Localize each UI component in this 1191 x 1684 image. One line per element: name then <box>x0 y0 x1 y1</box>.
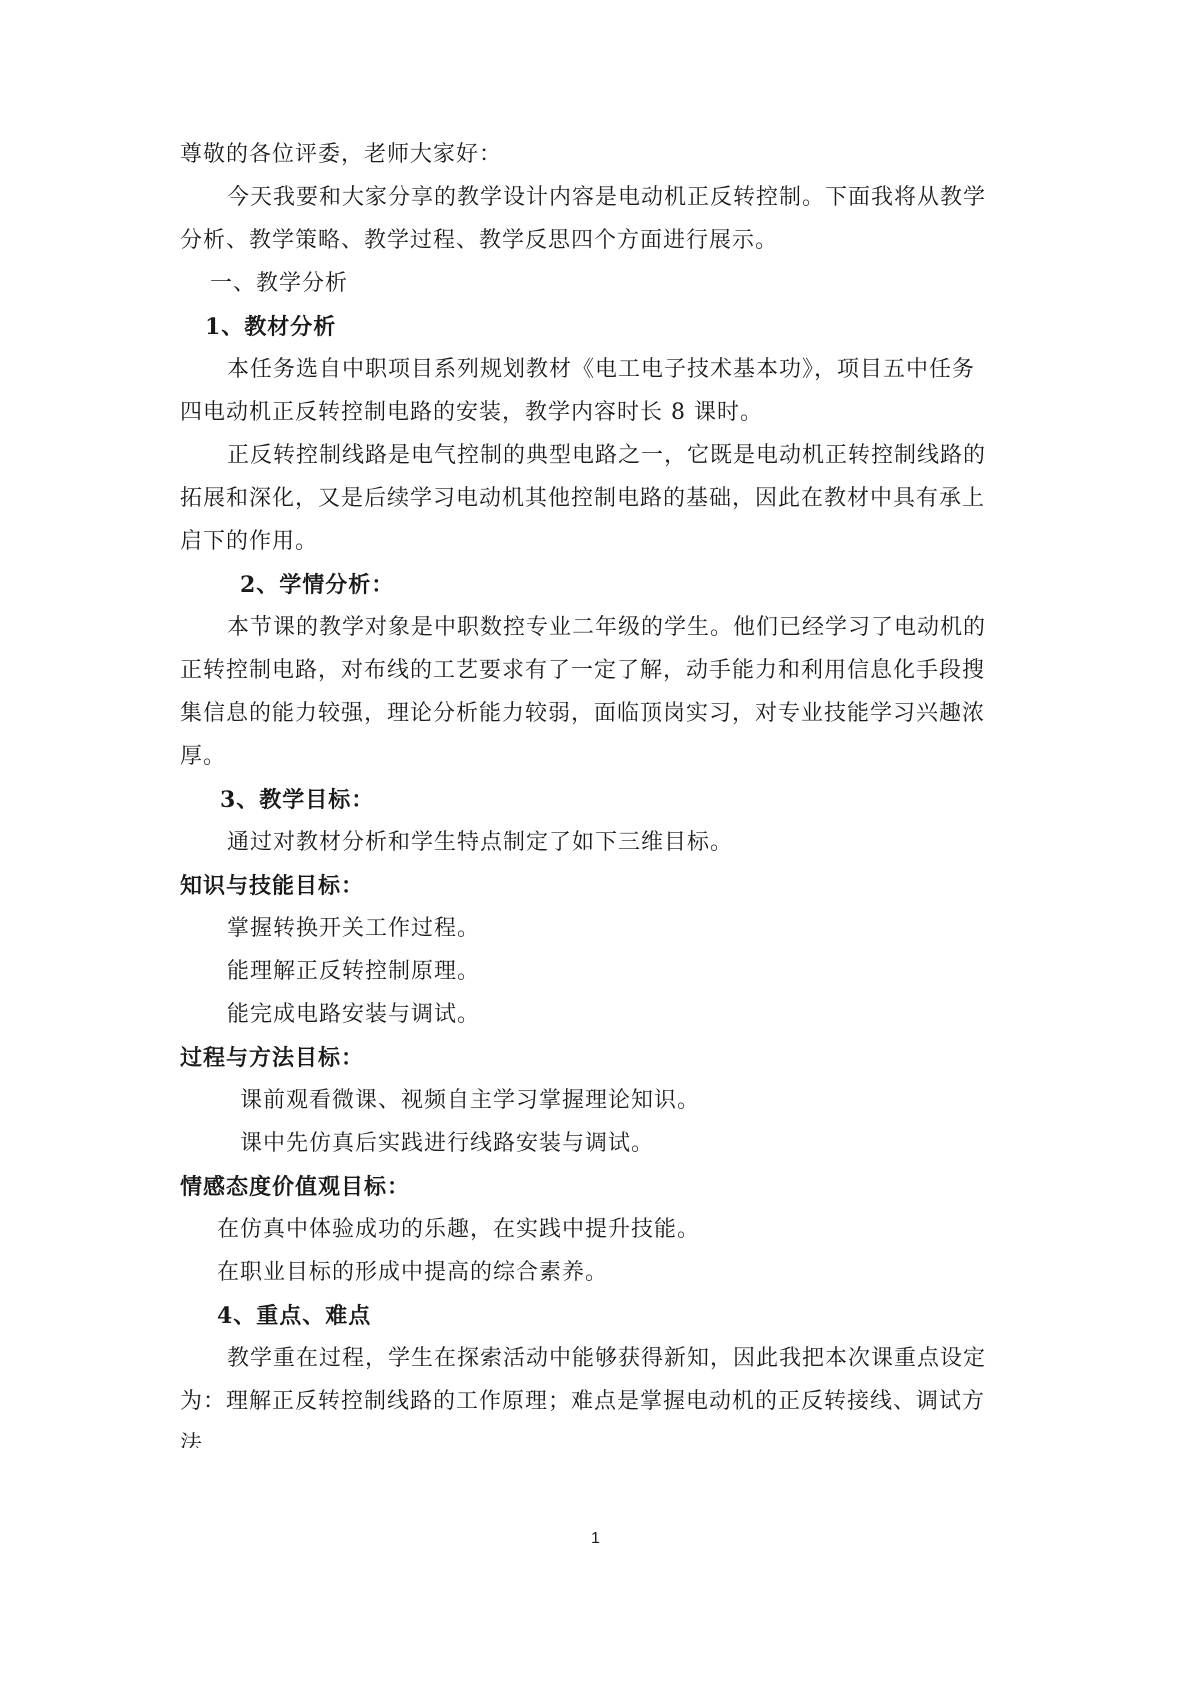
paragraph-line: 课中先仿真后实践进行线路安装与调试。 <box>240 1129 654 1159</box>
section-heading: 情感态度价值观目标： <box>180 1172 410 1202</box>
section-heading: 过程与方法目标： <box>180 1043 364 1073</box>
section-heading: 3、教学目标： <box>220 785 374 815</box>
paragraph-line: 教学重在过程，学生在探索活动中能够获得新知，因此我把本次课重点设定 <box>227 1344 986 1374</box>
paragraph-line: 拓展和深化，又是后续学习电动机其他控制电路的基础，因此在教材中具有承上 <box>180 484 985 514</box>
paragraph-line: 启下的作用。 <box>180 527 318 557</box>
paragraph-line: 能理解正反转控制原理。 <box>227 957 480 987</box>
paragraph-line: 课前观看微课、视频自主学习掌握理论知识。 <box>240 1086 700 1116</box>
paragraph-line: 厚。 <box>180 742 226 772</box>
paragraph-line: 本任务选自中职项目系列规划教材《电工电子技术基本功》，项目五中任务 <box>227 355 975 385</box>
paragraph-line: 分析、教学策略、教学过程、教学反思四个方面进行展示。 <box>180 226 778 256</box>
paragraph-line: 为：理解正反转控制线路的工作原理；难点是掌握电动机的正反转接线、调试方 <box>180 1387 985 1417</box>
section-heading: 4、重点、难点 <box>217 1301 371 1331</box>
section-heading: 1、教材分析 <box>205 312 336 342</box>
section-heading: 2、学情分析： <box>240 570 394 600</box>
paragraph-line: 正反转控制线路是电气控制的典型电路之一，它既是电动机正转控制线路的 <box>227 441 986 471</box>
paragraph-line: 掌握转换开关工作过程。 <box>227 914 480 944</box>
paragraph-line: 在仿真中体验成功的乐趣，在实践中提升技能。 <box>217 1215 700 1245</box>
paragraph-line: 四电动机正反转控制电路的安装，教学内容时长 8 课时。 <box>180 398 763 428</box>
paragraph-line: 通过对教材分析和学生特点制定了如下三维目标。 <box>227 828 733 858</box>
paragraph-line: 一、教学分析 <box>210 269 348 299</box>
paragraph-line: 集信息的能力较强，理论分析能力较弱，面临顶岗实习，对专业技能学习兴趣浓 <box>180 699 985 729</box>
page-number: 1 <box>0 1530 1191 1548</box>
paragraph-line: 在职业目标的形成中提高的综合素养。 <box>217 1258 608 1288</box>
section-heading: 知识与技能目标： <box>180 871 364 901</box>
paragraph-line: 今天我要和大家分享的教学设计内容是电动机正反转控制。下面我将从教学 <box>227 183 986 213</box>
paragraph-line: 尊敬的各位评委，老师大家好： <box>180 140 502 170</box>
paragraph-line: 能完成电路安装与调试。 <box>227 1000 480 1030</box>
paragraph-line: 法 <box>180 1430 203 1448</box>
paragraph-line: 本节课的教学对象是中职数控专业二年级的学生。他们已经学习了电动机的 <box>227 613 986 643</box>
paragraph-line: 正转控制电路，对布线的工艺要求有了一定了解，动手能力和利用信息化手段搜 <box>180 656 985 686</box>
